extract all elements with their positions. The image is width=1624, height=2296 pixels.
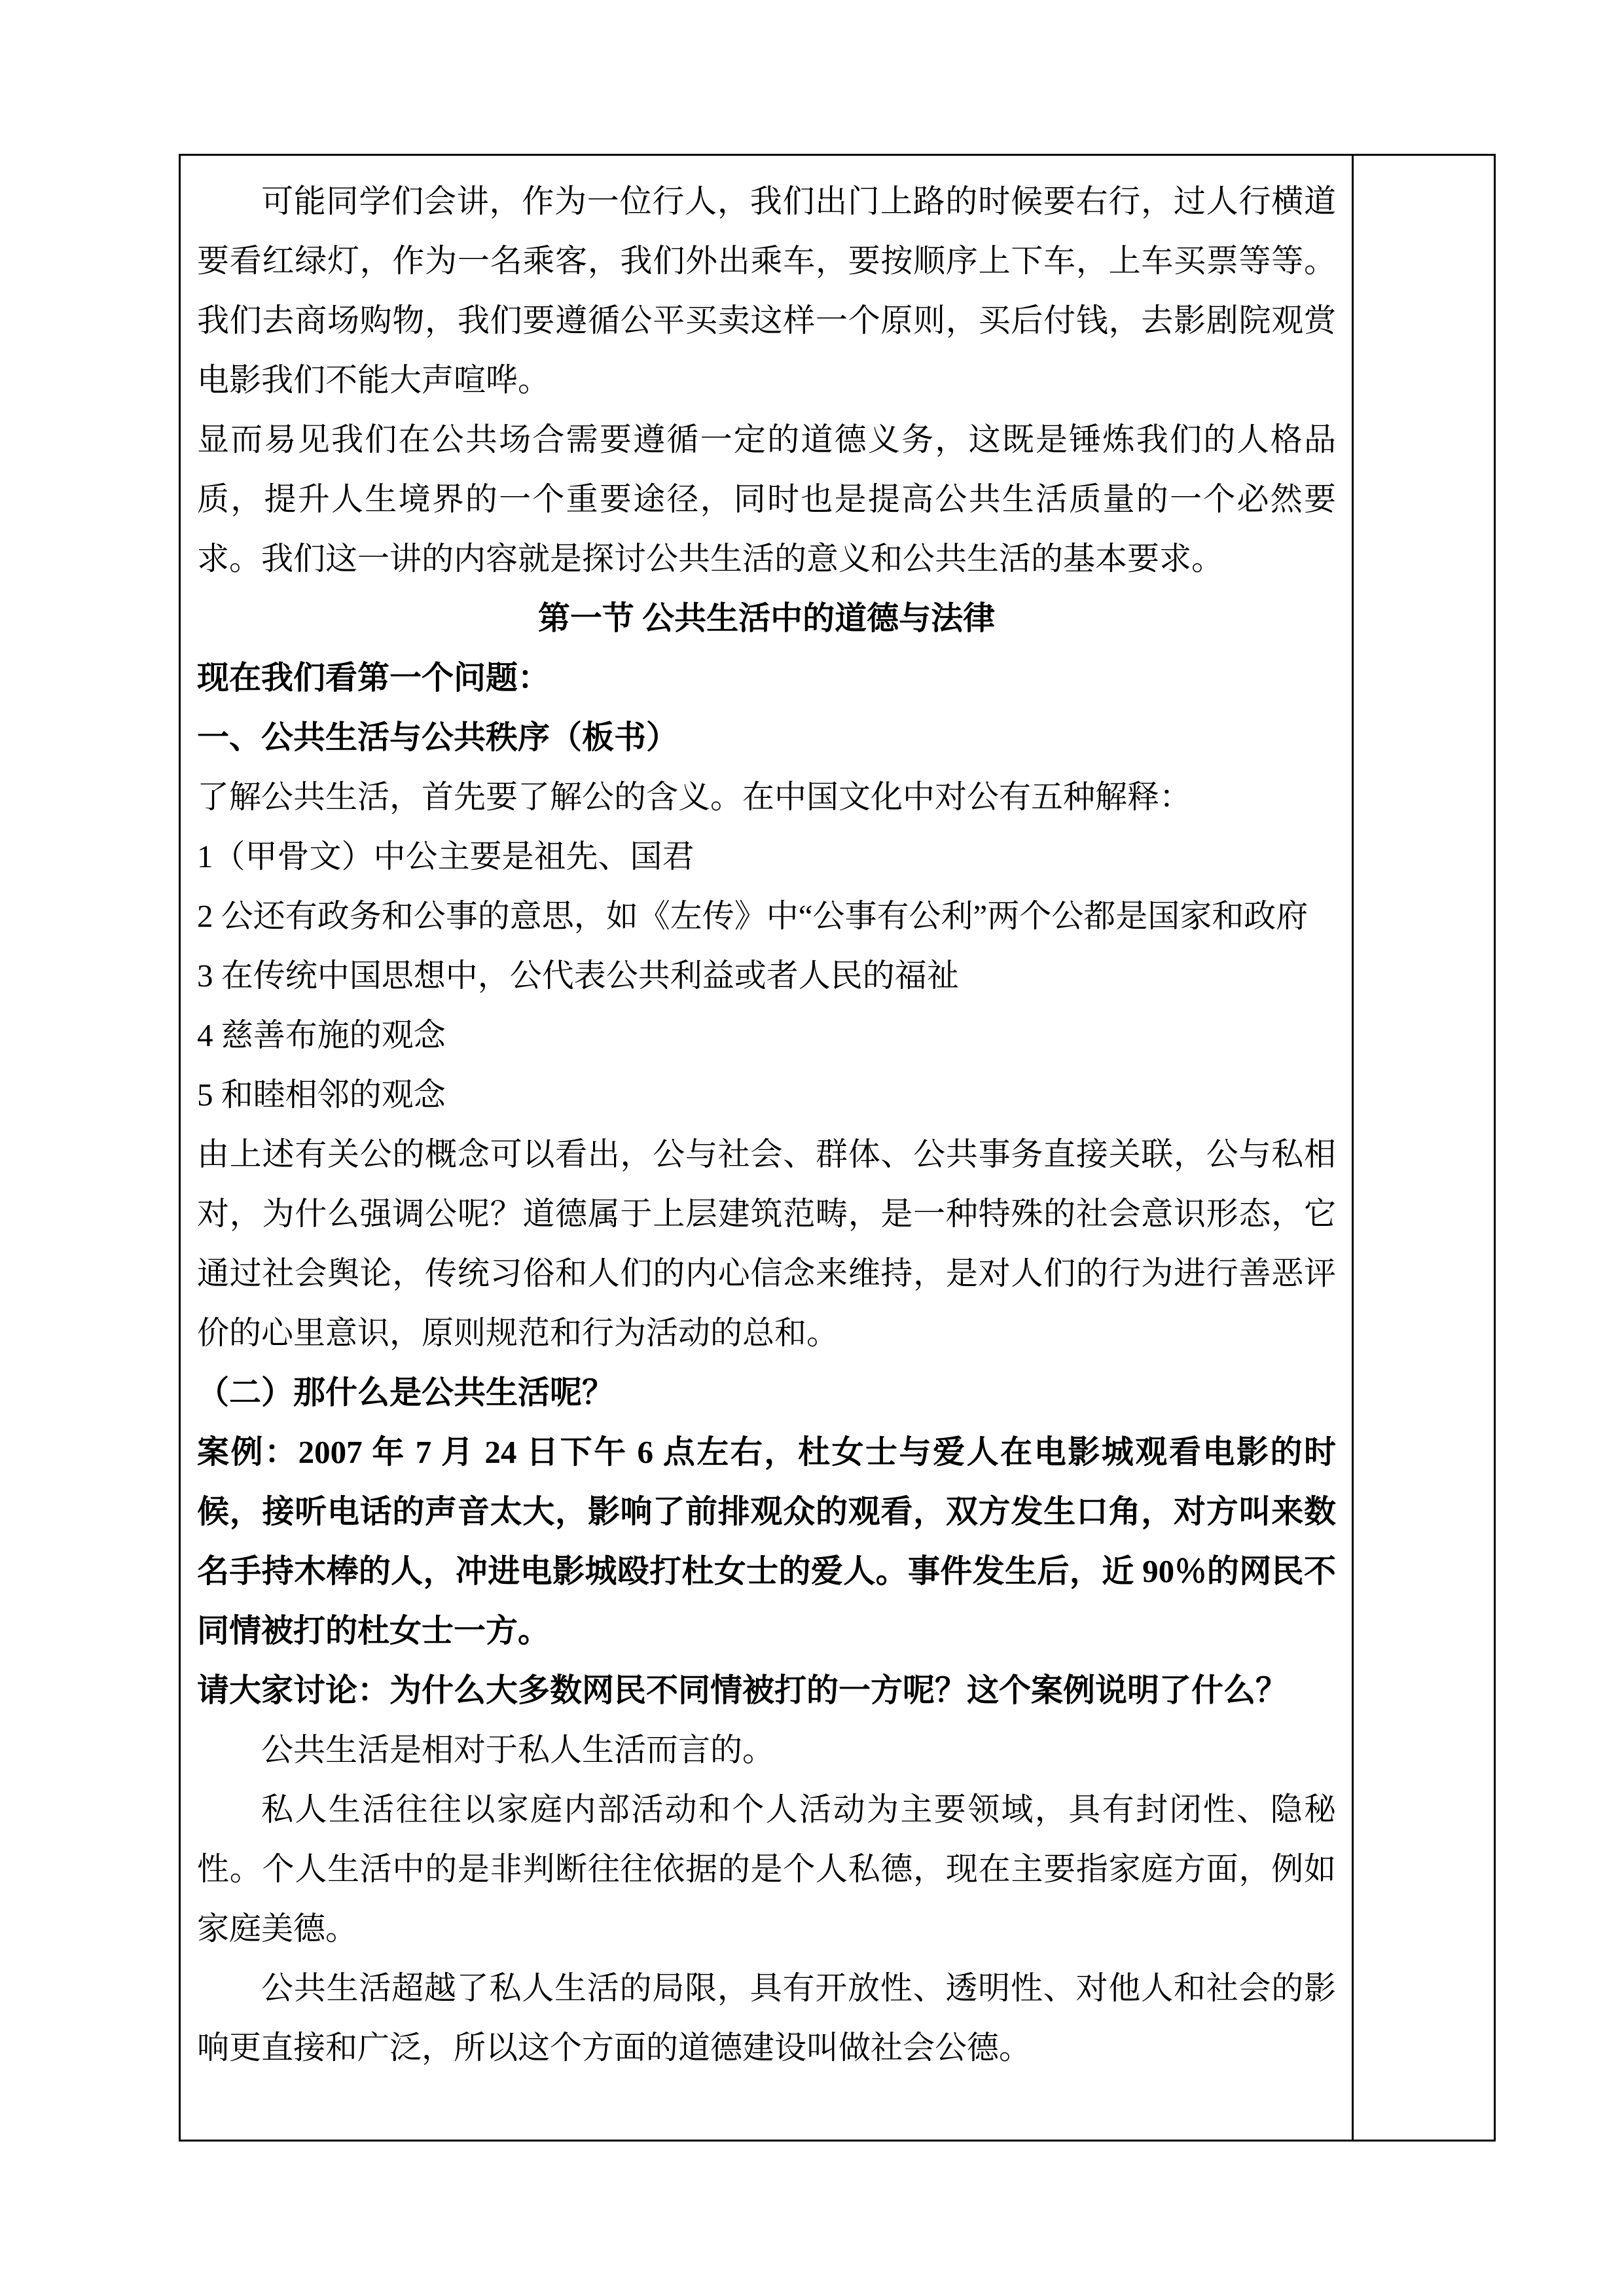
paragraph: （二）那什么是公共生活呢？ <box>197 1363 1336 1422</box>
paragraph: 案例：2007 年 7 月 24 日下午 6 点左右，杜女士与爱人在电影城观看电… <box>197 1422 1336 1660</box>
paragraph: 5 和睦相邻的观念 <box>197 1065 1336 1124</box>
remarks-column-cell <box>1352 156 1494 2140</box>
paragraph: 由上述有关公的概念可以看出，公与社会、群体、公共事务直接关联，公与私相对，为什么… <box>197 1124 1336 1363</box>
lesson-content-cell: 可能同学们会讲，作为一位行人，我们出门上路的时候要右行，过人行横道要看红绿灯，作… <box>181 156 1352 2140</box>
paragraph: 现在我们看第一个问题： <box>197 648 1336 708</box>
paragraph: 一、公共生活与公共秩序（板书） <box>197 708 1336 767</box>
paragraph: 公共生活超越了私人生活的局限，具有开放性、透明性、对他人和社会的影响更直接和广泛… <box>197 1958 1336 2077</box>
paragraph: 4 慈善布施的观念 <box>197 1005 1336 1065</box>
paragraph: 2 公还有政务和公事的意思，如《左传》中“公事有公利”两个公都是国家和政府 <box>197 886 1336 946</box>
paragraph: 私人生活往往以家庭内部活动和个人活动为主要领域，具有封闭性、隐秘性。个人生活中的… <box>197 1780 1336 1958</box>
paragraph: 公共生活是相对于私人生活而言的。 <box>197 1720 1336 1780</box>
document-page: 可能同学们会讲，作为一位行人，我们出门上路的时候要右行，过人行横道要看红绿灯，作… <box>0 0 1624 2296</box>
lesson-plan-table: 可能同学们会讲，作为一位行人，我们出门上路的时候要右行，过人行横道要看红绿灯，作… <box>179 154 1496 2142</box>
paragraph: 可能同学们会讲，作为一位行人，我们出门上路的时候要右行，过人行横道要看红绿灯，作… <box>197 171 1336 410</box>
paragraph: 1（甲骨文）中公主要是祖先、国君 <box>197 827 1336 886</box>
paragraph: 了解公共生活，首先要了解公的含义。在中国文化中对公有五种解释： <box>197 767 1336 827</box>
section-heading: 第一节 公共生活中的道德与法律 <box>197 588 1336 648</box>
paragraph: 3 在传统中国思想中，公代表公共利益或者人民的福祉 <box>197 946 1336 1005</box>
paragraph: 显而易见我们在公共场合需要遵循一定的道德义务，这既是锤炼我们的人格品质，提升人生… <box>197 410 1336 588</box>
paragraph: 请大家讨论：为什么大多数网民不同情被打的一方呢？这个案例说明了什么？ <box>197 1660 1336 1720</box>
